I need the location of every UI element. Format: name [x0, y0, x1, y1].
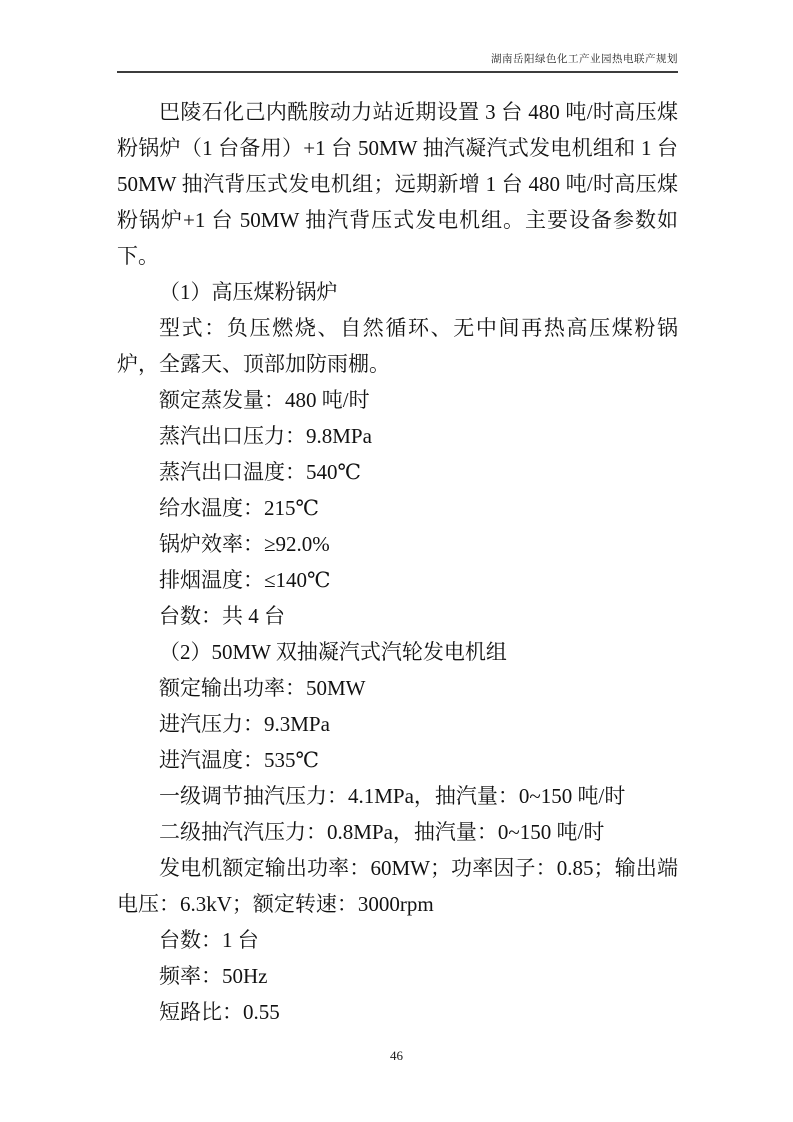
section-2-heading: （2）50MW 双抽凝汽式汽轮发电机组	[117, 634, 678, 670]
boiler-steam-outlet-pressure: 蒸汽出口压力：9.8MPa	[117, 418, 678, 454]
boiler-rated-evaporation: 额定蒸发量：480 吨/时	[117, 382, 678, 418]
generator-frequency: 频率：50Hz	[117, 958, 678, 994]
boiler-flue-gas-temperature: 排烟温度：≤140℃	[117, 562, 678, 598]
boiler-feedwater-temperature: 给水温度：215℃	[117, 490, 678, 526]
document-page: 湖南岳阳绿色化工产业园热电联产规划 巴陵石化己内酰胺动力站近期设置 3 台 48…	[0, 0, 793, 1122]
generator-unit-count: 台数：1 台	[117, 922, 678, 958]
boiler-efficiency: 锅炉效率：≥92.0%	[117, 526, 678, 562]
boiler-steam-outlet-temperature: 蒸汽出口温度：540℃	[117, 454, 678, 490]
boiler-unit-count: 台数：共 4 台	[117, 598, 678, 634]
page-number: 46	[390, 1048, 403, 1063]
generator-specs: 发电机额定输出功率：60MW；功率因子：0.85；输出端电压：6.3kV；额定转…	[117, 850, 678, 922]
turbine-extraction-stage2: 二级抽汽汽压力：0.8MPa，抽汽量：0~150 吨/时	[117, 814, 678, 850]
turbine-inlet-temperature: 进汽温度：535℃	[117, 742, 678, 778]
generator-short-circuit-ratio: 短路比：0.55	[117, 994, 678, 1030]
header-title: 湖南岳阳绿色化工产业园热电联产规划	[491, 54, 678, 65]
document-body: 巴陵石化己内酰胺动力站近期设置 3 台 480 吨/时高压煤粉锅炉（1 台备用）…	[117, 94, 678, 1030]
boiler-type: 型式：负压燃烧、自然循环、无中间再热高压煤粉锅炉，全露天、顶部加防雨棚。	[117, 310, 678, 382]
page-footer: 46	[0, 1048, 793, 1064]
page-header: 湖南岳阳绿色化工产业园热电联产规划	[117, 53, 678, 73]
turbine-extraction-stage1: 一级调节抽汽压力：4.1MPa，抽汽量：0~150 吨/时	[117, 778, 678, 814]
paragraph-intro: 巴陵石化己内酰胺动力站近期设置 3 台 480 吨/时高压煤粉锅炉（1 台备用）…	[117, 94, 678, 274]
section-1-heading: （1）高压煤粉锅炉	[117, 274, 678, 310]
turbine-rated-output: 额定输出功率：50MW	[117, 670, 678, 706]
turbine-inlet-pressure: 进汽压力：9.3MPa	[117, 706, 678, 742]
